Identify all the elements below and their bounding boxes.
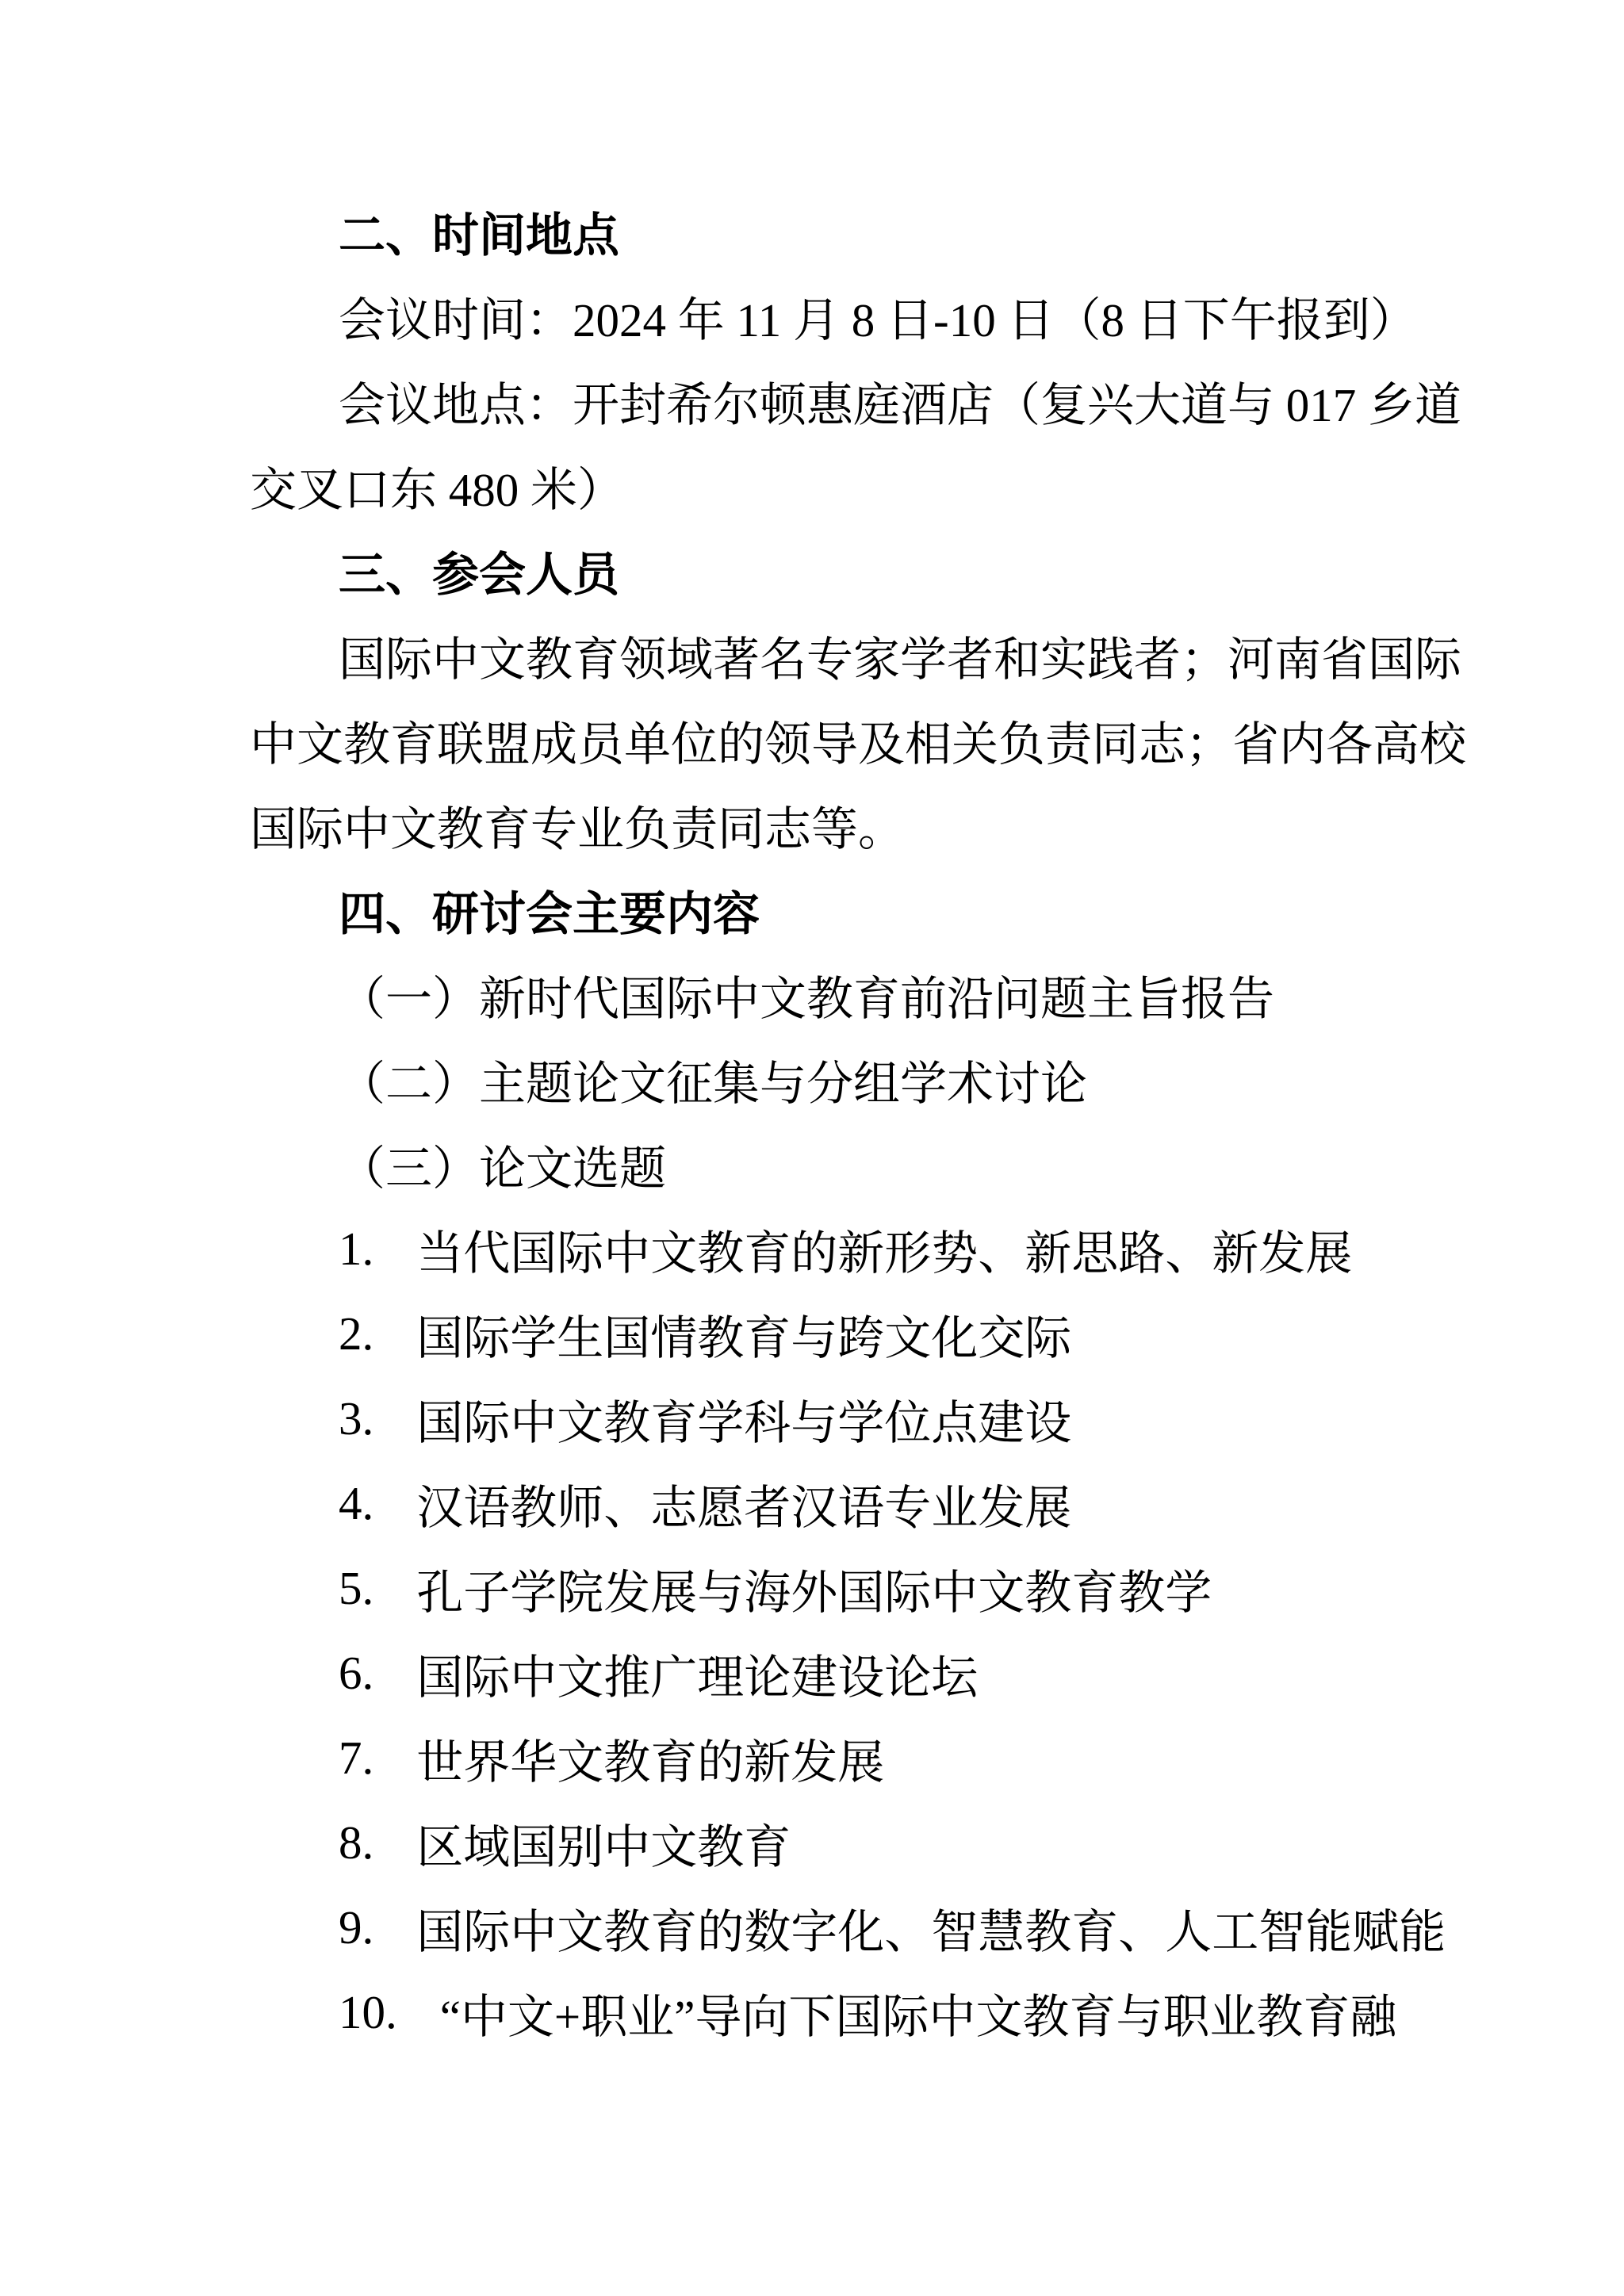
list-item-number: 3. xyxy=(339,1391,373,1446)
list-item-number: 2. xyxy=(339,1307,373,1361)
list-item-number: 8. xyxy=(339,1816,373,1870)
list-item-text: 国际学生国情教育与跨文化交际 xyxy=(416,1300,1071,1368)
heading-main-content: 四、研讨会主要内容 xyxy=(250,867,1376,952)
list-item-8: 8. 区域国别中文教育 xyxy=(250,1800,1376,1885)
list-item-text: 汉语教师、志愿者汉语专业发展 xyxy=(416,1470,1071,1537)
line-participants-1: 国际中文教育领域著名专家学者和实践者；河南省国际 xyxy=(250,613,1376,698)
list-item-number: 7. xyxy=(339,1731,373,1785)
line-participants-3: 国际中文教育专业负责同志等。 xyxy=(250,783,1376,867)
list-item-number: 4. xyxy=(339,1476,373,1531)
list-item-6: 6. 国际中文推广理论建设论坛 xyxy=(250,1631,1376,1716)
list-item-4: 4. 汉语教师、志愿者汉语专业发展 xyxy=(250,1461,1376,1546)
list-item-text: 国际中文推广理论建设论坛 xyxy=(416,1640,978,1707)
line-meeting-location-1: 会议地点：开封希尔顿惠庭酒店（复兴大道与 017 乡道 xyxy=(250,358,1376,443)
list-item-text: 当代国际中文教育的新形势、新思路、新发展 xyxy=(416,1215,1352,1283)
list-item-10: 10. “中文+职业”导向下国际中文教育与职业教育融 xyxy=(250,1970,1376,2055)
list-item-text: 世界华文教育的新发展 xyxy=(416,1724,884,1792)
list-item-text: 区域国别中文教育 xyxy=(416,1809,791,1877)
list-item-text: 国际中文教育学科与学位点建设 xyxy=(416,1385,1071,1452)
list-item-number: 6. xyxy=(339,1646,373,1701)
list-item-number: 9. xyxy=(339,1900,373,1955)
list-item-9: 9. 国际中文教育的数字化、智慧教育、人工智能赋能 xyxy=(250,1885,1376,1970)
document-page: 二、时间地点 会议时间：2024 年 11 月 8 日-10 日（8 日下午报到… xyxy=(0,0,1624,2296)
list-item-text: “中文+职业”导向下国际中文教育与职业教育融 xyxy=(440,1979,1397,2046)
list-item-5: 5. 孔子学院发展与海外国际中文教育教学 xyxy=(250,1546,1376,1631)
document-body: 二、时间地点 会议时间：2024 年 11 月 8 日-10 日（8 日下午报到… xyxy=(250,189,1376,2055)
subitem-keynote: （一）新时代国际中文教育前沿问题主旨报告 xyxy=(250,952,1376,1037)
heading-participants: 三、参会人员 xyxy=(250,528,1376,613)
heading-time-location: 二、时间地点 xyxy=(250,189,1376,274)
list-item-text: 国际中文教育的数字化、智慧教育、人工智能赋能 xyxy=(416,1894,1446,1961)
subitem-paper-topics: （三）论文选题 xyxy=(250,1122,1376,1207)
list-item-text: 孔子学院发展与海外国际中文教育教学 xyxy=(416,1555,1212,1622)
list-item-2: 2. 国际学生国情教育与跨文化交际 xyxy=(250,1291,1376,1376)
list-item-3: 3. 国际中文教育学科与学位点建设 xyxy=(250,1376,1376,1461)
list-item-number: 1. xyxy=(339,1222,373,1276)
subitem-paper-collection: （二）主题论文征集与分组学术讨论 xyxy=(250,1037,1376,1122)
list-item-7: 7. 世界华文教育的新发展 xyxy=(250,1716,1376,1800)
list-item-1: 1. 当代国际中文教育的新形势、新思路、新发展 xyxy=(250,1207,1376,1291)
list-item-number: 5. xyxy=(339,1561,373,1616)
list-item-number: 10. xyxy=(339,1985,397,2040)
line-meeting-time: 会议时间：2024 年 11 月 8 日-10 日（8 日下午报到） xyxy=(250,274,1376,358)
line-meeting-location-2: 交叉口东 480 米） xyxy=(250,443,1376,528)
line-participants-2: 中文教育联盟成员单位的领导及相关负责同志；省内各高校 xyxy=(250,698,1376,783)
